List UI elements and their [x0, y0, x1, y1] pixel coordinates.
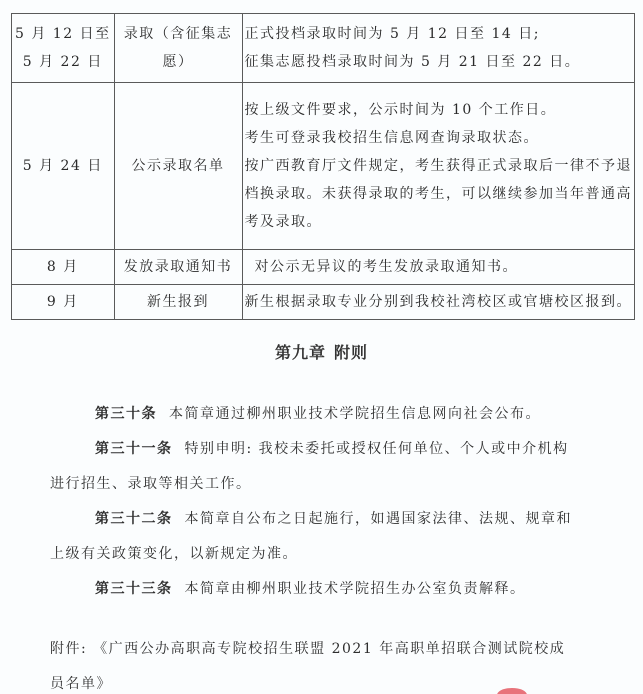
- stage-cell: 公示录取名单: [114, 83, 242, 250]
- article-30: 第三十条本简章通过柳州职业技术学院招生信息网向社会公布。: [50, 397, 620, 432]
- article-label: 第三十二条: [95, 511, 173, 527]
- stage-text: 公示录取名单: [118, 152, 239, 180]
- article-31: 第三十一条特别申明: 我校未委托或授权任何单位、个人或中介机构 进行招生、录取等…: [50, 432, 620, 502]
- detail-text: 对公示无异议的考生发放录取通知书。: [245, 253, 633, 281]
- date-text: 9 月: [15, 288, 111, 316]
- detail-cell: 对公示无异议的考生发放录取通知书。: [242, 250, 635, 285]
- attachment-text: 附件: 《广西公办高职高专院校招生联盟 2021 年高职单招联合测试院校成: [50, 632, 620, 667]
- detail-text: 考生可登录我校招生信息网查询录取状态。: [245, 124, 633, 152]
- attachment-text: 员名单》: [50, 667, 620, 694]
- detail-text: 新生根据录取专业分别到我校社湾校区或官塘校区报到。: [245, 288, 633, 316]
- date-cell: 5 月 12 日至 5 月 22 日: [12, 14, 115, 83]
- date-cell: 8 月: [12, 250, 115, 285]
- article-text: 本简章由柳州职业技术学院招生办公室负责解释。: [185, 581, 526, 597]
- chapter-number: 第九章: [275, 343, 326, 362]
- article-label: 第三十条: [95, 406, 157, 422]
- detail-text: 考及录取。: [245, 208, 633, 236]
- article-32: 第三十二条本简章自公布之日起施行，如遇国家法律、法规、规章和 上级有关政策变化，…: [50, 502, 620, 572]
- detail-text: 正式投档录取时间为 5 月 12 日至 14 日;: [245, 20, 633, 48]
- date-text: 5 月 22 日: [15, 48, 111, 76]
- date-text: 8 月: [15, 253, 111, 281]
- stage-text: 新生报到: [118, 288, 239, 316]
- table-row: 5 月 24 日 公示录取名单 按上级文件要求，公示时间为 10 个工作日。 考…: [12, 83, 635, 250]
- date-cell: 5 月 24 日: [12, 83, 115, 250]
- stage-text: 发放录取通知书: [118, 253, 239, 281]
- article-label: 第三十一条: [95, 441, 173, 457]
- detail-text: 按广西教育厅文件规定，考生获得正式录取后一律不予退: [245, 152, 633, 180]
- detail-text: 按上级文件要求，公示时间为 10 个工作日。: [245, 96, 633, 124]
- detail-cell: 正式投档录取时间为 5 月 12 日至 14 日; 征集志愿投档录取时间为 5 …: [242, 14, 635, 83]
- table-row: 9 月 新生报到 新生根据录取专业分别到我校社湾校区或官塘校区报到。: [12, 285, 635, 320]
- table-row: 8 月 发放录取通知书 对公示无异议的考生发放录取通知书。: [12, 250, 635, 285]
- article-33: 第三十三条本简章由柳州职业技术学院招生办公室负责解释。: [50, 572, 620, 607]
- date-text: 5 月 12 日至: [15, 20, 111, 48]
- detail-text: 征集志愿投档录取时间为 5 月 21 日至 22 日。: [245, 48, 633, 76]
- stage-text: 愿）: [118, 48, 239, 76]
- table-row: 5 月 12 日至 5 月 22 日 录取（含征集志 愿） 正式投档录取时间为 …: [12, 14, 635, 83]
- article-text: 本简章自公布之日起施行，如遇国家法律、法规、规章和: [185, 511, 573, 527]
- detail-text: 档换录取。未获得录取的考生，可以继续参加当年普通高: [245, 180, 633, 208]
- date-cell: 9 月: [12, 285, 115, 320]
- admission-schedule-table: 5 月 12 日至 5 月 22 日 录取（含征集志 愿） 正式投档录取时间为 …: [11, 13, 635, 320]
- article-text: 上级有关政策变化，以新规定为准。: [50, 537, 620, 572]
- article-text: 特别申明: 我校未委托或授权任何单位、个人或中介机构: [185, 441, 569, 457]
- stage-cell: 录取（含征集志 愿）: [114, 14, 242, 83]
- detail-cell: 新生根据录取专业分别到我校社湾校区或官塘校区报到。: [242, 285, 635, 320]
- date-text: 5 月 24 日: [15, 152, 111, 180]
- attachment-note: 附件: 《广西公办高职高专院校招生联盟 2021 年高职单招联合测试院校成 员名…: [50, 632, 620, 694]
- stage-text: 录取（含征集志: [118, 20, 239, 48]
- chapter-heading: 第九章附则: [0, 340, 643, 363]
- stage-cell: 发放录取通知书: [114, 250, 242, 285]
- article-text: 本简章通过柳州职业技术学院招生信息网向社会公布。: [169, 406, 541, 422]
- stage-cell: 新生报到: [114, 285, 242, 320]
- article-label: 第三十三条: [95, 581, 173, 597]
- article-text: 进行招生、录取等相关工作。: [50, 467, 620, 502]
- detail-cell: 按上级文件要求，公示时间为 10 个工作日。 考生可登录我校招生信息网查询录取状…: [242, 83, 635, 250]
- chapter-title: 附则: [334, 343, 368, 362]
